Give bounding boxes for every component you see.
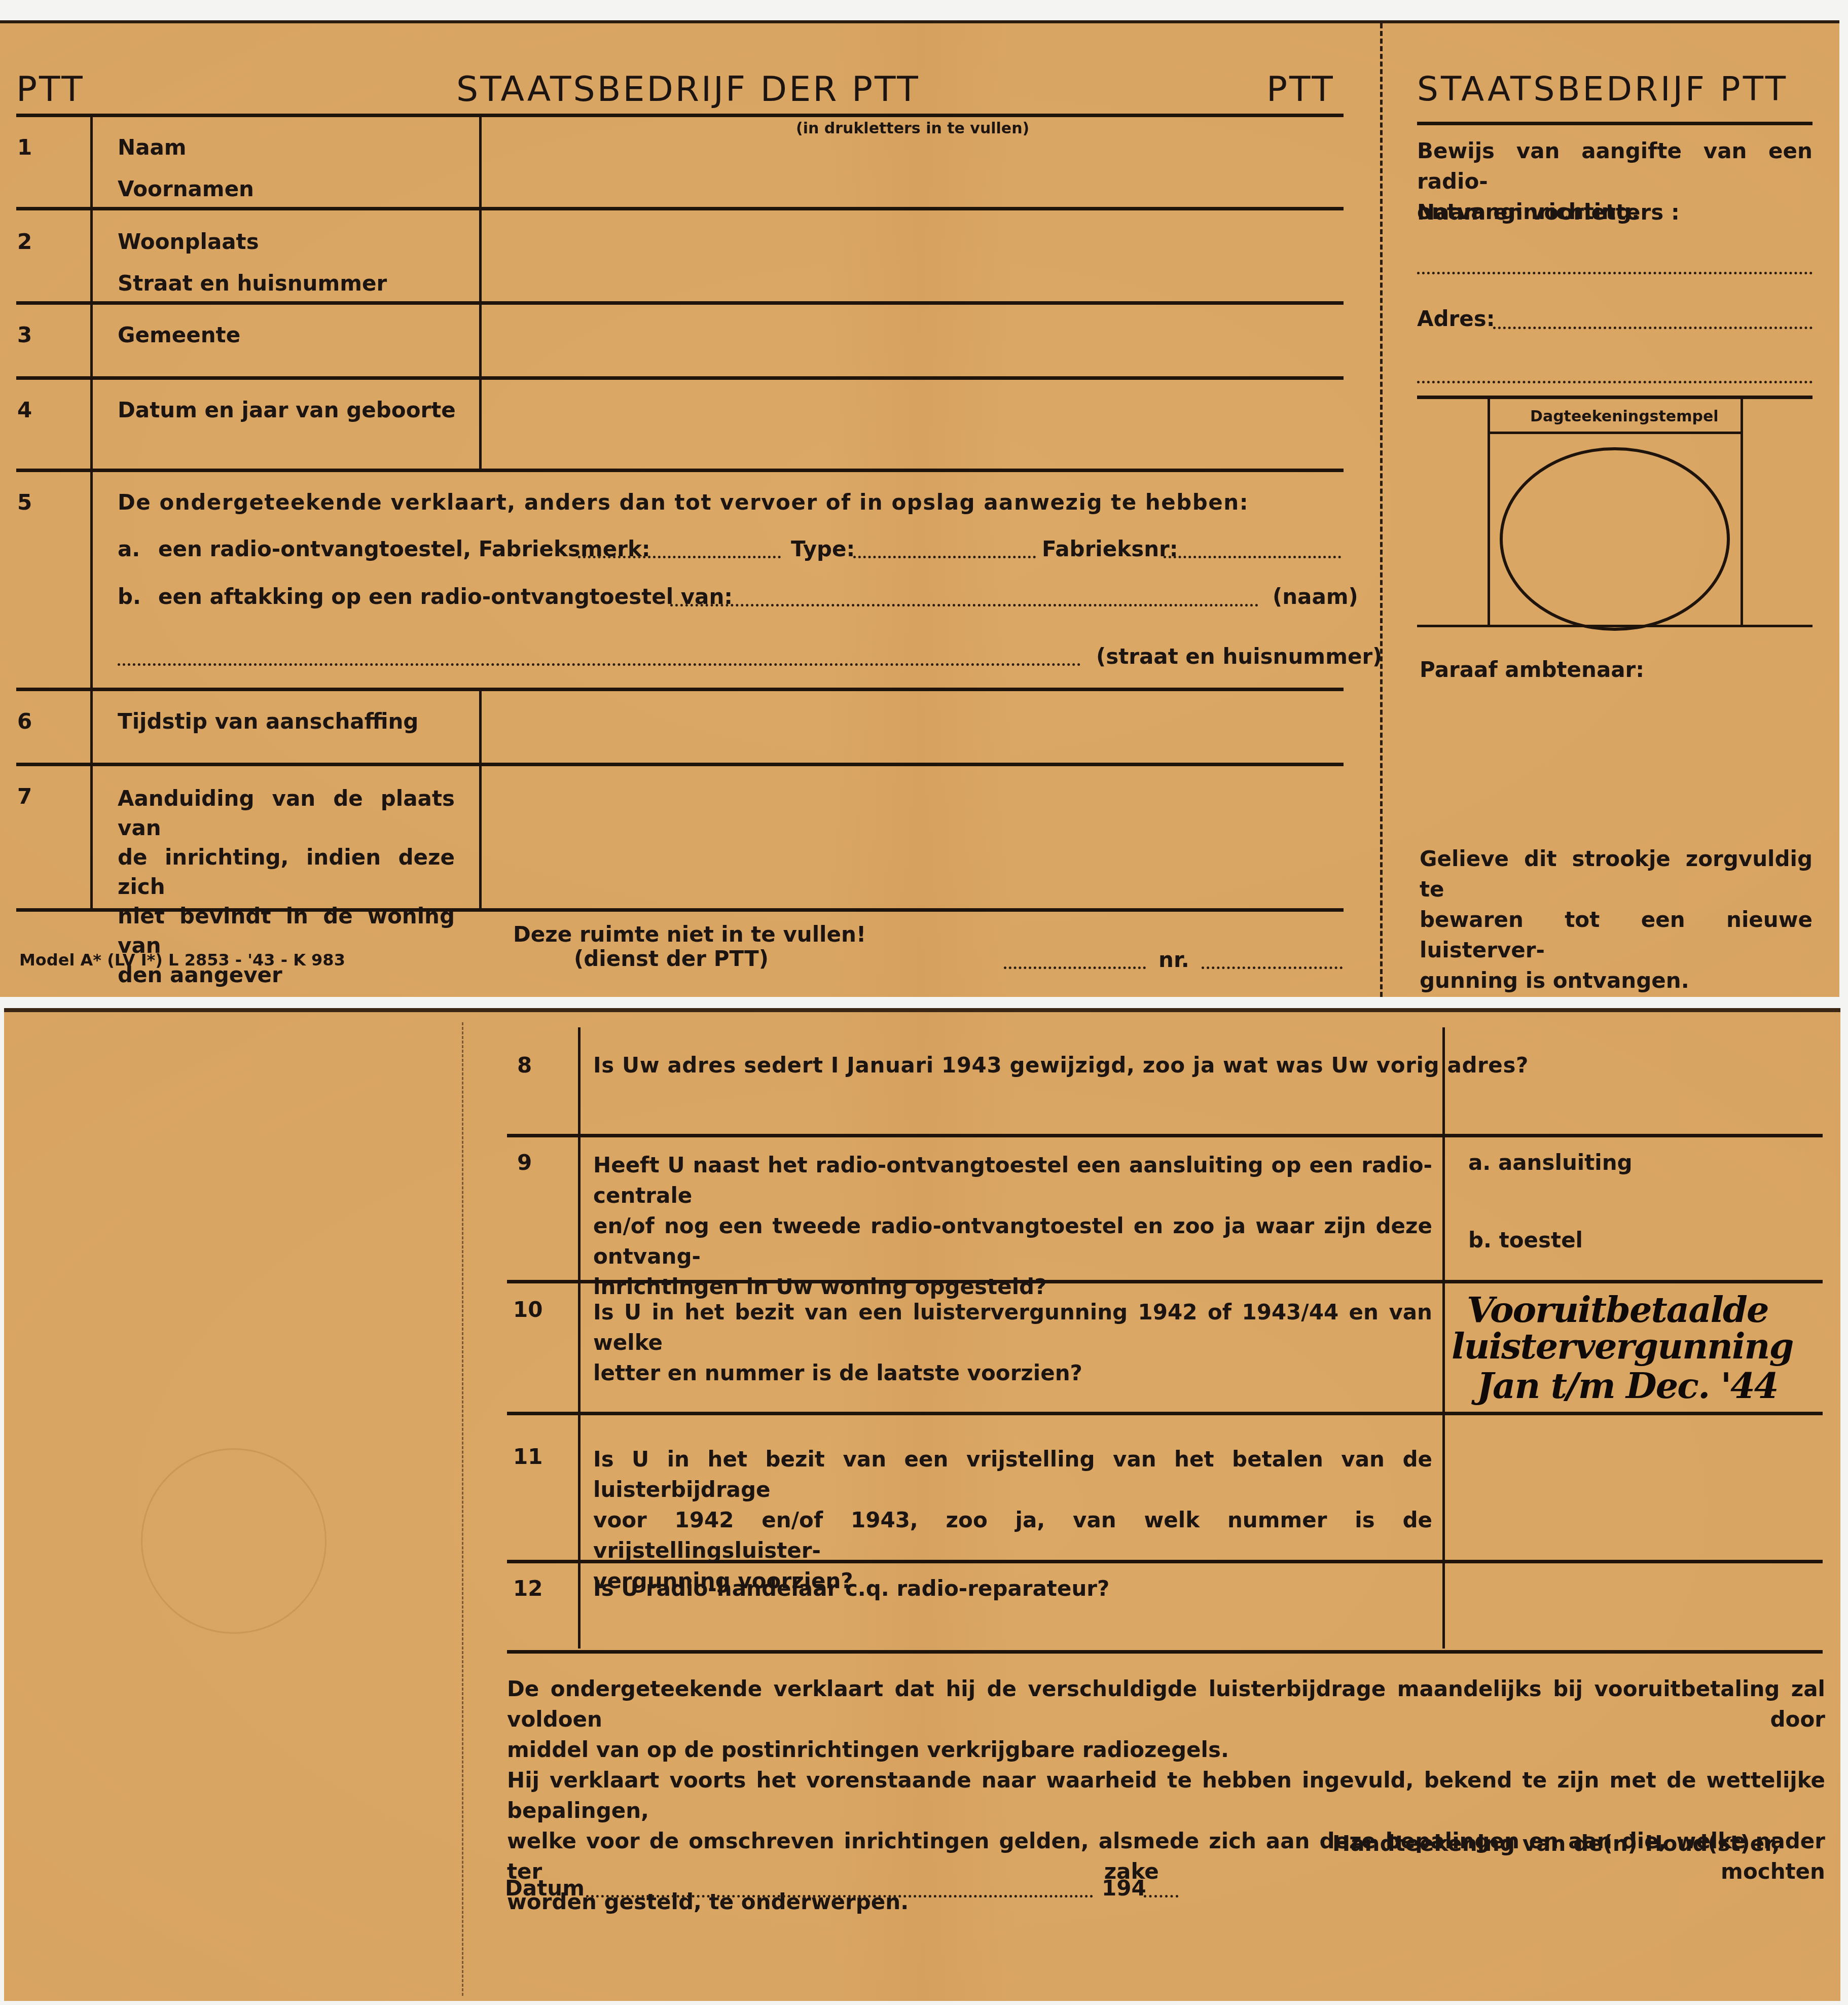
- question-number: 10: [513, 1297, 542, 1322]
- naam-input-area[interactable]: [484, 150, 1341, 206]
- office-note-sub: (dienst der PTT): [574, 946, 769, 972]
- address-suffix: (straat en huisnummer): [1096, 644, 1382, 669]
- stub-name-label: Naam en voorletters :: [1417, 200, 1680, 225]
- header-ptt-right: PTT: [1266, 69, 1335, 111]
- signature-label: Handteekening van de(n) Houd(st)er,: [1332, 1831, 1780, 1856]
- question-line: Is U in het bezit van een vrijstelling v…: [593, 1444, 1432, 1505]
- rule-row4: [16, 469, 1344, 472]
- col-value-divider-1: [479, 117, 482, 207]
- stub-address-field-1[interactable]: [1493, 327, 1813, 329]
- answer-q11[interactable]: [1448, 1418, 1821, 1557]
- rule-header: [16, 114, 1344, 117]
- question-text: Is U in het bezit van een luistervergunn…: [593, 1297, 1432, 1388]
- office-note: Deze ruimte niet in te vullen!: [513, 922, 866, 947]
- perforation-line: [1380, 23, 1383, 997]
- date-label: Datum: [505, 1876, 585, 1901]
- col-value-divider-2: [479, 210, 482, 301]
- stub-name-field[interactable]: [1417, 272, 1813, 274]
- rule-row6: [16, 763, 1344, 766]
- field-label-voornamen: Voornamen: [118, 176, 254, 202]
- row-number: 1: [17, 135, 32, 160]
- gemeente-input-area[interactable]: [484, 306, 1341, 375]
- answer-q10-handwritten[interactable]: Vooruitbetaalde luistervergunning Jan t/…: [1446, 1288, 1832, 1420]
- stub-address-label: Adres:: [1417, 306, 1495, 332]
- stub-address-field-2[interactable]: [1417, 381, 1813, 383]
- type-label: Type:: [791, 536, 855, 562]
- question-number: 8: [517, 1053, 532, 1078]
- field-label-naam: Naam: [118, 135, 187, 160]
- rule-q8: [507, 1134, 1823, 1137]
- stamp-bottom-rule: [1417, 625, 1813, 627]
- row-number: 6: [17, 709, 32, 734]
- stub-initials-area[interactable]: [1420, 688, 1810, 789]
- aanschaffing-input-area[interactable]: [484, 693, 1341, 762]
- question-text: Heeft U naast het radio-ontvangtoestel e…: [593, 1150, 1432, 1302]
- woonplaats-input-area[interactable]: [484, 212, 1341, 300]
- nr-label: nr.: [1158, 947, 1189, 973]
- application-form-back: 8 Is Uw adres sedert I Januari 1943 gewi…: [4, 1008, 1840, 2001]
- stamp-top-rule: [1417, 396, 1813, 399]
- field-label-gemeente: Gemeente: [118, 323, 240, 348]
- question-text: Is U in het bezit van een vrijstelling v…: [593, 1444, 1432, 1596]
- field-label-aanschaffing: Tijdstip van aanschaffing: [118, 709, 418, 734]
- declaration-line: De ondergeteekende verklaart dat hij de …: [507, 1674, 1825, 1735]
- form-title: STAATSBEDRIJF DER PTT: [456, 69, 920, 111]
- stub-initials-label: Paraaf ambtenaar:: [1420, 657, 1644, 683]
- answer-q12[interactable]: [1448, 1566, 1821, 1647]
- option-b-prefix: b.: [118, 584, 141, 610]
- field-label-straat: Straat en huisnummer: [118, 271, 387, 296]
- question-text: Is Uw adres sedert I Januari 1943 gewijz…: [593, 1053, 1529, 1078]
- question-line: letter en nummer is de laatste voorzien?: [593, 1358, 1432, 1388]
- declaration-statement: De ondergeteekende verklaart, anders dan…: [118, 490, 1249, 515]
- signature-area[interactable]: [1322, 1864, 1779, 1925]
- row-number: 5: [17, 490, 32, 515]
- notice-line: gunning is ontvangen.: [1420, 965, 1813, 996]
- stamp-label-rule: [1488, 432, 1743, 434]
- field-label-geboortedatum: Datum en jaar van geboorte: [118, 398, 456, 423]
- year-prefix: 194: [1102, 1876, 1146, 1901]
- rule-q12: [507, 1650, 1823, 1654]
- notice-line: bewaren tot een nieuwe luisterver-: [1420, 905, 1813, 965]
- declaration-line: Hij verklaart voorts het vorenstaande na…: [507, 1765, 1825, 1826]
- year-suffix-field[interactable]: [1144, 1895, 1178, 1897]
- q-number-divider: [578, 1027, 581, 1649]
- question-line: Is U in het bezit van een luistervergunn…: [593, 1297, 1432, 1358]
- handwritten-line: luistervergunning: [1452, 1325, 1793, 1368]
- stub-title-rule: [1417, 122, 1813, 125]
- row-number: 4: [17, 398, 32, 423]
- col-value-divider-4: [479, 380, 482, 469]
- col-value-divider-6: [479, 691, 482, 763]
- col-number-divider: [90, 117, 93, 908]
- option-a-label: een radio-ontvangtoestel, Fabrieksmerk:: [158, 536, 650, 562]
- rule-row2: [16, 301, 1344, 305]
- handwritten-line: Jan t/m Dec. '44: [1477, 1365, 1778, 1407]
- row-number: 2: [17, 229, 32, 255]
- embossed-circle: [141, 1448, 327, 1634]
- option-a-prefix: a.: [118, 536, 140, 562]
- date-stamp-circle: [1500, 447, 1730, 631]
- print-instruction: (in drukletters in te vullen): [796, 120, 1029, 138]
- option-b-label: een aftakking op een radio-ontvangtoeste…: [158, 584, 733, 610]
- fold-perforation: [462, 1022, 463, 1996]
- naam-suffix: (naam): [1273, 584, 1358, 610]
- q-answer-divider: [1442, 1027, 1445, 1649]
- application-form-front: PTT STAATSBEDRIJF DER PTT PTT (in drukle…: [0, 20, 1839, 997]
- question-line: voor 1942 en/of 1943, zoo ja, van welk n…: [593, 1505, 1432, 1566]
- rule-row1: [16, 207, 1344, 210]
- header-ptt-left: PTT: [16, 69, 85, 111]
- stamp-label: Dagteekeningstempel: [1530, 408, 1719, 426]
- answer-b-label: b. toestel: [1468, 1228, 1583, 1253]
- model-code: Model A* (LV I*) L 2853 - '43 - K 983: [19, 950, 345, 970]
- stub-title: STAATSBEDRIJF PTT: [1417, 69, 1788, 109]
- fabrieksmerk-field[interactable]: [578, 556, 781, 558]
- aftakking-naam-field[interactable]: [670, 604, 1258, 606]
- fabrieksnr-field[interactable]: [1164, 556, 1341, 558]
- notice-line: Gelieve dit strookje zorgvuldig te: [1420, 844, 1813, 905]
- office-field-nr: [1202, 966, 1343, 969]
- rule-row5: [16, 688, 1344, 691]
- question-line: Heeft U naast het radio-ontvangtoestel e…: [593, 1150, 1432, 1211]
- question-line: en/of nog een tweede radio-ontvangtoeste…: [593, 1211, 1432, 1272]
- row-number: 7: [17, 784, 32, 809]
- type-field[interactable]: [853, 556, 1036, 558]
- col-value-divider-3: [479, 305, 482, 376]
- rule-row3: [16, 376, 1344, 380]
- stub-notice: Gelieve dit strookje zorgvuldig te bewar…: [1420, 844, 1813, 996]
- label-line: Aanduiding van de plaats van: [118, 784, 455, 843]
- question-number: 9: [517, 1150, 532, 1175]
- aftakking-adres-field[interactable]: [118, 663, 1081, 666]
- row-number: 3: [17, 323, 32, 348]
- answer-q8[interactable]: [1448, 1032, 1821, 1131]
- col-value-divider-7: [479, 766, 482, 908]
- question-number: 11: [513, 1444, 542, 1470]
- answer-a-label: a. aansluiting: [1468, 1150, 1633, 1175]
- question-number: 12: [513, 1576, 542, 1601]
- declaration-line: middel van op de postinrichtingen verkri…: [507, 1735, 1825, 1765]
- field-label-woonplaats: Woonplaats: [118, 229, 259, 255]
- label-line: de inrichting, indien deze zich: [118, 843, 455, 902]
- question-text: Is U radio-handelaar c.q. radio-reparate…: [593, 1576, 1109, 1601]
- office-field-1: [1004, 966, 1146, 969]
- date-field[interactable]: [586, 1895, 1093, 1897]
- geboortedatum-input-area[interactable]: [484, 381, 1341, 468]
- fabrieksnr-label: Fabrieksnr:: [1042, 536, 1178, 562]
- description-line: Bewijs van aangifte van een radio-: [1417, 136, 1813, 197]
- plaats-input-area[interactable]: [484, 768, 1341, 907]
